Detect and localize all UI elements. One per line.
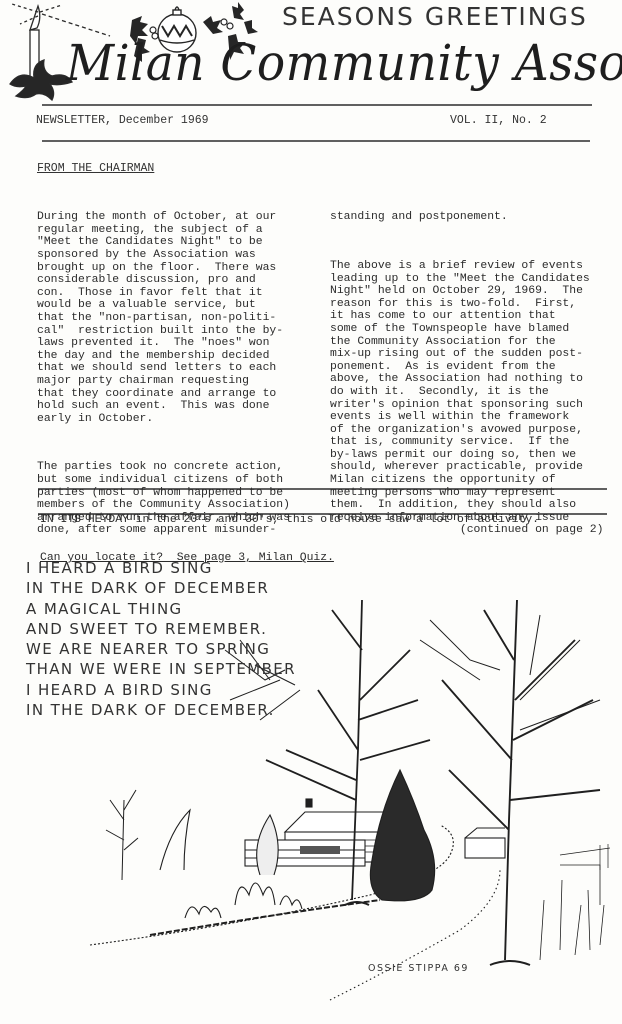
organization-title: Milan Community Association — [66, 35, 622, 93]
poem-line: IN THE DARK OF DECEMBER. — [26, 700, 296, 720]
article-title: FROM THE CHAIRMAN — [37, 162, 154, 175]
poem-line: IN THE DARK OF DECEMBER — [26, 578, 296, 598]
poem-line: AND SWEET TO REMEMBER. — [26, 619, 296, 639]
article-paragraph: standing and postponement. — [330, 211, 603, 224]
artist-signature: OSSIE STIPPA 69 — [368, 963, 469, 974]
seasons-greeting: SEASONS GREETINGS — [282, 2, 588, 31]
caption-line: IN ITS HEYDAY in the 20's and 30's, this… — [40, 514, 539, 527]
article-paragraph: During the month of October, at our regu… — [37, 211, 290, 425]
poem-line: I HEARD A BIRD SING — [26, 680, 296, 700]
poem: I HEARD A BIRD SING IN THE DARK OF DECEM… — [26, 558, 296, 720]
poem-line: A MAGICAL THING — [26, 599, 296, 619]
volume-number: VOL. II, No. 2 — [450, 114, 547, 127]
newsletter-issue-label: NEWSLETTER, December 1969 — [36, 114, 209, 127]
poem-line: I HEARD A BIRD SING — [26, 558, 296, 578]
poem-line: THAN WE WERE IN SEPTEMBER — [26, 659, 296, 679]
poem-line: WE ARE NEARER TO SPRING — [26, 639, 296, 659]
